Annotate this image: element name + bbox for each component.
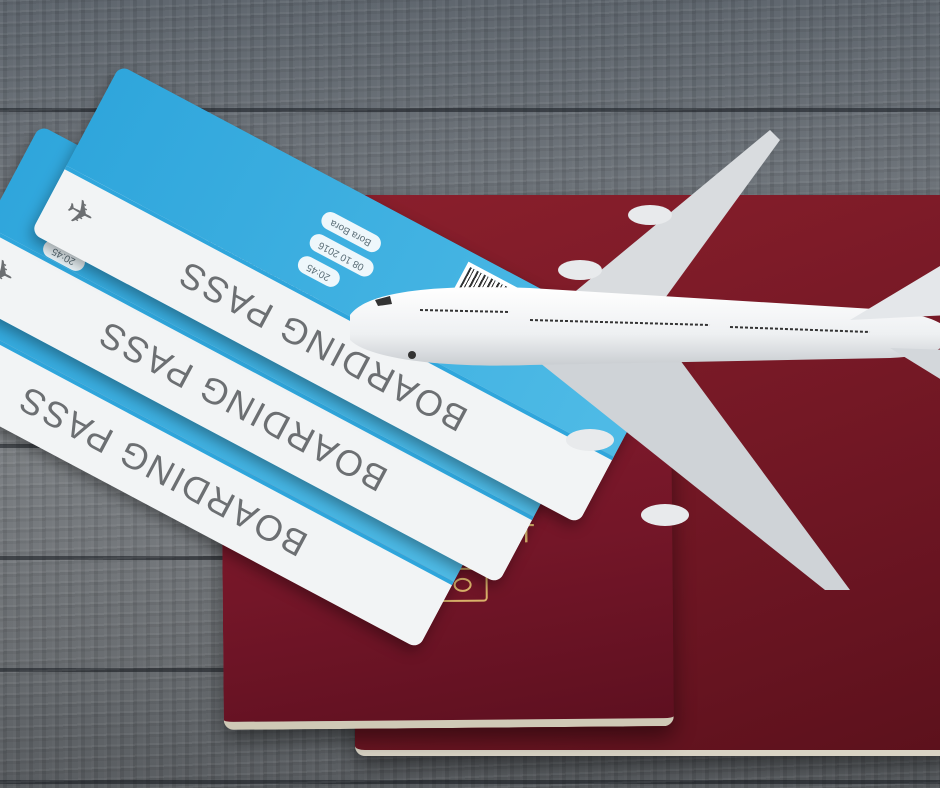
- model-airplane: [330, 120, 940, 600]
- wooden-table-background: PASSEPORT PASSPORT PASSEPORT BOARDING PA…: [0, 0, 940, 788]
